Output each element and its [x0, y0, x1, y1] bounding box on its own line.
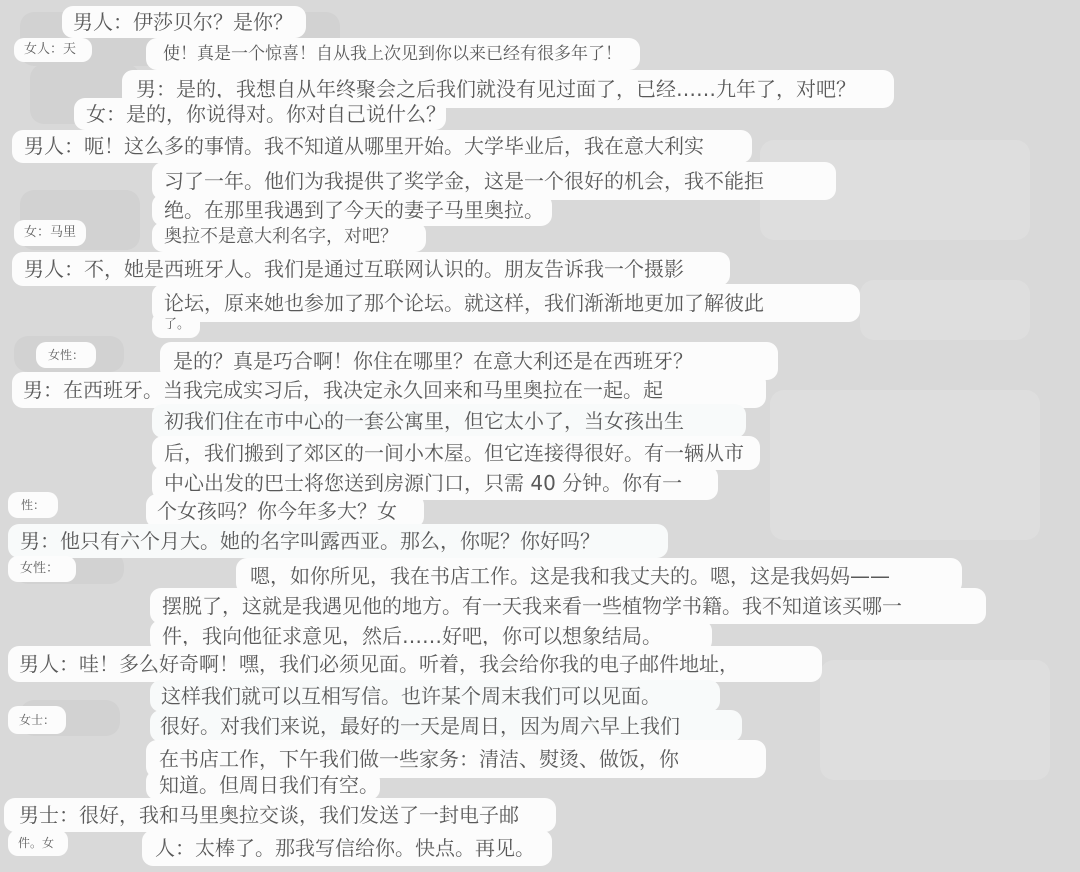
dialogue-line: 男人：哇！多么好奇啊！嘿，我们必须见面。听着，我会给你我的电子邮件地址， [8, 646, 822, 682]
dialogue-line: 女：是的，你说得对。你对自己说什么？ [74, 98, 446, 130]
background-shape [820, 660, 1050, 780]
dialogue-line: 很好。对我们来说，最好的一天是周日，因为周六早上我们 [150, 710, 742, 742]
dialogue-line: 知道。但周日我们有空。 [146, 770, 380, 800]
speaker-label: 件。女 [8, 830, 68, 856]
dialogue-line: 人：太棒了。那我写信给你。快点。再见。 [142, 830, 552, 866]
dialogue-line: 使！真是一个惊喜！自从我上次见到你以来已经有很多年了！ [146, 38, 640, 70]
dialogue-line: 后，我们搬到了郊区的一间小木屋。但它连接得很好。有一辆从市 [152, 436, 760, 470]
dialogue-line: 男：在西班牙。当我完成实习后，我决定永久回来和马里奥拉在一起。起 [12, 372, 766, 408]
dialogue-line: 个女孩吗？你今年多大？女 [146, 494, 424, 528]
dialogue-line: 奥拉不是意大利名字，对吧？ [152, 222, 426, 252]
dialogue-line: 摆脱了，这就是我遇见他的地方。有一天我来看一些植物学书籍。我不知道该买哪一 [150, 588, 986, 624]
dialogue-line: 男人：呃！这么多的事情。我不知道从哪里开始。大学毕业后，我在意大利实 [12, 130, 752, 163]
dialogue-line: 初我们住在市中心的一套公寓里，但它太小了，当女孩出生 [152, 404, 746, 438]
speaker-label: 女性： [36, 342, 96, 368]
dialogue-line: 男：他只有六个月大。她的名字叫露西亚。那么，你呢？你好吗？ [8, 524, 668, 558]
dialogue-line: 男人：不，她是西班牙人。我们是通过互联网认识的。朋友告诉我一个摄影 [12, 252, 730, 286]
dialogue-line-fragment: 了。 [152, 312, 200, 338]
background-shape [860, 280, 1030, 340]
background-shape [770, 390, 1040, 540]
dialogue-line: 男士：很好，我和马里奥拉交谈，我们发送了一封电子邮 [4, 798, 556, 832]
speaker-label: 女士： [8, 706, 66, 734]
dialogue-line: 这样我们就可以互相写信。也许某个周末我们可以见面。 [150, 680, 720, 712]
speaker-label: 女人：天 [14, 38, 92, 62]
dialogue-line: 男人：伊莎贝尔？是你？ [62, 6, 306, 38]
speaker-label: 女：马里 [14, 220, 86, 246]
speaker-label: 性： [8, 492, 58, 518]
dialogue-line: 论坛，原来她也参加了那个论坛。就这样，我们渐渐地更加了解彼此 [152, 284, 860, 322]
speaker-label: 女性： [8, 556, 76, 582]
